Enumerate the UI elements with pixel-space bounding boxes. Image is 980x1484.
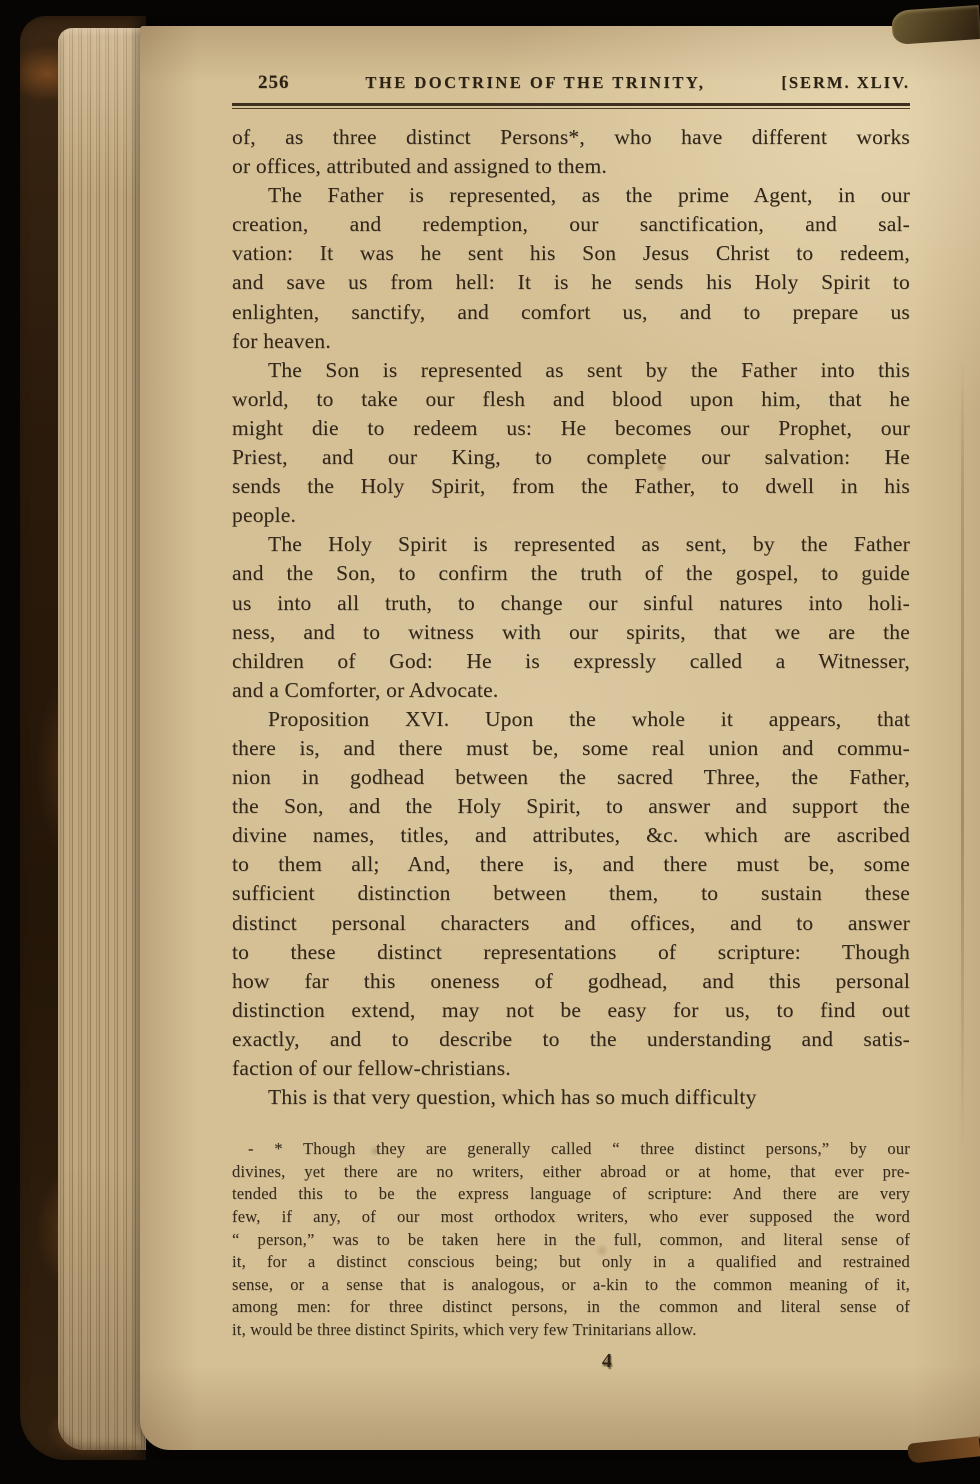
body-text-line: might die to redeem us: He becomes our P…	[232, 414, 910, 443]
body-text-line: there is, and there must be, some real u…	[232, 734, 910, 763]
footnote-text: - * Though they are generally called “ t…	[232, 1138, 910, 1341]
body-text-line: sufficient distinction between them, to …	[232, 879, 910, 908]
body-text-line: to them all; And, there is, and there mu…	[232, 850, 910, 879]
cover-corner-top-right	[891, 5, 980, 45]
body-text-line: and the Son, to confirm the truth of the…	[232, 559, 910, 588]
paper-crease	[961, 356, 964, 1156]
body-text-line: divine names, titles, and attributes, &c…	[232, 821, 910, 850]
body-text-line: Proposition XVI. Upon the whole it appea…	[232, 705, 910, 734]
body-text: of, as three distinct Persons*, who have…	[232, 123, 910, 1112]
body-text-line: distinct personal characters and offices…	[232, 909, 910, 938]
body-text-line: faction of our fellow-christians.	[232, 1054, 910, 1083]
footnote-line: few, if any, of our most orthodox writer…	[232, 1206, 910, 1229]
body-text-line: and save us from hell: It is he sends hi…	[232, 268, 910, 297]
body-text-line: world, to take our flesh and blood upon …	[232, 385, 910, 414]
book-page: 256 THE DOCTRINE OF THE TRINITY, [SERM. …	[140, 26, 980, 1450]
page-edges-stack	[58, 28, 146, 1450]
footnote-line: sense, or a sense that is analogous, or …	[232, 1274, 910, 1297]
body-text-line: creation, and redemption, our sanctifica…	[232, 210, 910, 239]
body-text-line: and a Comforter, or Advocate.	[232, 676, 910, 705]
body-text-line: The Holy Spirit is represented as sent, …	[232, 530, 910, 559]
body-text-line: nion in godhead between the sacred Three…	[232, 763, 910, 792]
body-text-line: exactly, and to describe to the understa…	[232, 1025, 910, 1054]
body-text-line: Priest, and our King, to complete our sa…	[232, 443, 910, 472]
sermon-reference: [SERM. XLIV.	[781, 73, 910, 93]
footnote-line: “ person,” was to be taken here in the f…	[232, 1229, 910, 1252]
body-text-line: of, as three distinct Persons*, who have…	[232, 123, 910, 152]
body-text-line: how far this oneness of godhead, and thi…	[232, 967, 910, 996]
body-text-line: sends the Holy Spirit, from the Father, …	[232, 472, 910, 501]
body-text-line: The Father is represented, as the prime …	[232, 181, 910, 210]
body-text-line: for heaven.	[232, 327, 910, 356]
body-text-line: or offices, attributed and assigned to t…	[232, 152, 910, 181]
body-text-line: children of God: He is expressly called …	[232, 647, 910, 676]
page-content: 256 THE DOCTRINE OF THE TRINITY, [SERM. …	[232, 72, 910, 1373]
body-text-line: enlighten, sanctify, and comfort us, and…	[232, 298, 910, 327]
page-number: 256	[232, 72, 290, 94]
body-text-line: distinction extend, may not be easy for …	[232, 996, 910, 1025]
footnote-line: divines, yet there are no writers, eithe…	[232, 1161, 910, 1184]
body-text-line: The Son is represented as sent by the Fa…	[232, 356, 910, 385]
body-text-line: people.	[232, 501, 910, 530]
body-text-line: to these distinct representations of scr…	[232, 938, 910, 967]
footnote-line: - * Though they are generally called “ t…	[232, 1138, 910, 1161]
body-text-line: us into all truth, to change our sinful …	[232, 589, 910, 618]
body-text-line: This is that very question, which has so…	[232, 1083, 910, 1112]
footnote-line: tended this to be the express language o…	[232, 1183, 910, 1206]
page-header: 256 THE DOCTRINE OF THE TRINITY, [SERM. …	[232, 72, 910, 94]
body-text-line: the Son, and the Holy Spirit, to answer …	[232, 792, 910, 821]
photo-background: { "document": { "kind": "scanned-book-pa…	[0, 0, 980, 1484]
footnote-line: it, for a distinct conscious being; but …	[232, 1251, 910, 1274]
footnote-line: it, would be three distinct Spirits, whi…	[232, 1319, 910, 1342]
body-text-line: ness, and to witness with our spirits, t…	[232, 618, 910, 647]
footnote-line: among men: for three distinct persons, i…	[232, 1296, 910, 1319]
running-title: THE DOCTRINE OF THE TRINITY,	[290, 73, 782, 93]
body-text-line: vation: It was he sent his Son Jesus Chr…	[232, 239, 910, 268]
header-rule	[232, 103, 910, 109]
signature-mark: 4	[232, 1350, 910, 1373]
